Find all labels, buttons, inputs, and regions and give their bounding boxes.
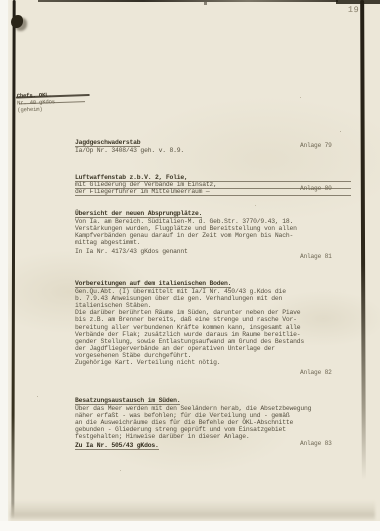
entry-anlage-81: Übersicht der neuen Absprungplätze. Von …	[75, 210, 351, 256]
text-line: bereitung aller verbundenen Kräfte komme…	[75, 324, 351, 331]
anlage-label: Anlage 83	[300, 440, 332, 447]
scanned-document-page: 19 Chefs. OKL. Nr. 40 gKdos (geheim) Jag…	[0, 0, 380, 531]
anlage-label: Anlage 82	[300, 369, 332, 376]
text-line: Die darüber berührten Räume im Süden, da…	[75, 309, 351, 316]
scan-smudge	[10, 500, 375, 520]
anlage-label: Anlage 79	[300, 142, 332, 149]
text-line: Kampfverbänden genau darauf in der Zeit …	[75, 232, 351, 239]
paper-specks	[0, 0, 1, 1]
text-line: Über das Meer werden mit den Seeländern …	[75, 405, 351, 412]
text-line: Von Ia. am Bereich. Süditalien-M. d. Geb…	[75, 218, 351, 225]
text-line: gender Stellung, sowie Entlastungsaufwan…	[75, 338, 351, 345]
entry-heading: Übersicht der neuen Absprungplätze.	[75, 211, 202, 218]
text-line: bis z.B. am Brenner bereits, daß eine st…	[75, 316, 351, 323]
reference-line: Zu Ia Nr. 505/43 gKdos.	[75, 443, 159, 450]
text-line: italienischen Stäben.	[75, 302, 351, 309]
entry-anlage-82: Vorbereitungen auf dem italienischen Bod…	[75, 280, 351, 366]
text-line: b. 7.9.43 Anweisungen über die gen. Verh…	[75, 295, 351, 302]
text-line: Gen.Qu.Abt. (I) übermittelt mit Ia/I Nr.…	[75, 288, 351, 295]
entry-heading: Vorbereitungen auf dem italienischen Bod…	[75, 281, 231, 288]
text-line: näher erfaßt - was befohlen; für die Ver…	[75, 412, 351, 419]
anlage-label: Anlage 81	[300, 253, 332, 260]
anlage-label: Anlage 80	[300, 185, 332, 192]
entry-heading: Jagdgeschwaderstab	[75, 140, 140, 147]
page-number: 19	[348, 5, 360, 15]
registry-stamp: Chefs. OKL. Nr. 40 gKdos (geheim)	[17, 90, 104, 114]
text-line: gebunden - Gliederung streng geprüft und…	[75, 426, 351, 433]
document-content: 19 Chefs. OKL. Nr. 40 gKdos (geheim) Jag…	[0, 0, 380, 531]
text-line: Verstärkungen wurden, Flugplätze und Ber…	[75, 225, 351, 232]
text-line: an die Ausweichräume dies für die Befehl…	[75, 419, 351, 426]
text-line: Verbände der Flak; zusätzlich wurde dara…	[75, 331, 351, 338]
text-line: mittag abgestimmt.	[75, 239, 351, 246]
scan-margin-bottom	[0, 521, 380, 531]
text-line: vorgesehenen Stäbe durchgeführt.	[75, 352, 351, 359]
text-line: Zugehörige Kart. Verteilung nicht nötig.	[75, 359, 351, 366]
text-line: der Jagdfliegerverbände an der operative…	[75, 345, 351, 352]
